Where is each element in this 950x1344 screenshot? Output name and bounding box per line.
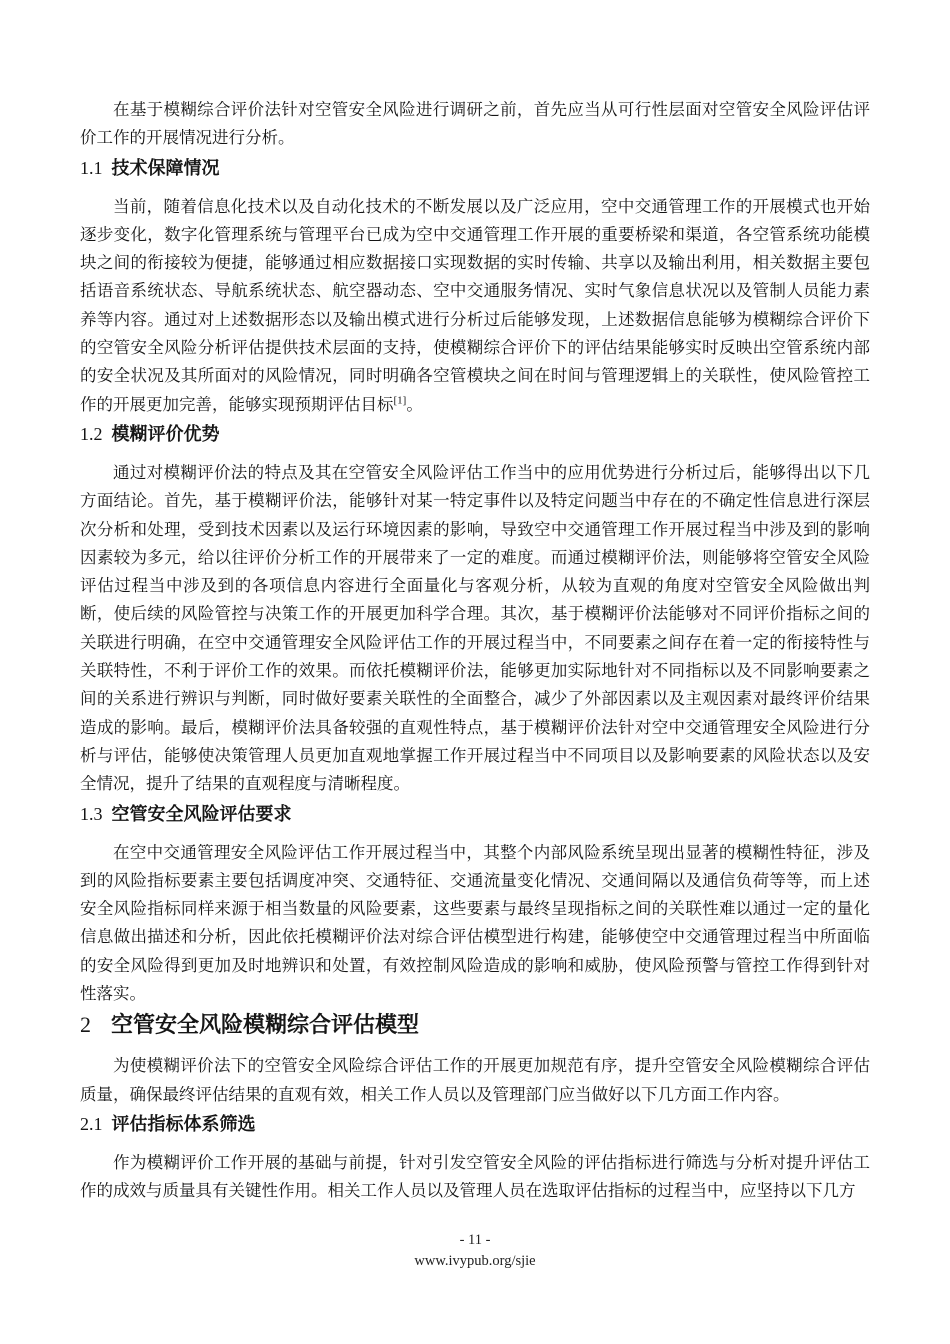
heading-1-3-title: 空管安全风险评估要求	[112, 804, 292, 824]
heading-2-1: 2.1评估指标体系筛选	[80, 1111, 870, 1137]
journal-url: www.ivypub.org/sjie	[0, 1251, 950, 1272]
page-number: - 11 -	[0, 1230, 950, 1251]
paragraph-1-3: 在空中交通管理安全风险评估工作开展过程当中，其整个内部风险系统呈现出显著的模糊性…	[80, 839, 870, 1009]
page-footer: - 11 - www.ivypub.org/sjie	[0, 1230, 950, 1272]
heading-2-1-title: 评估指标体系筛选	[112, 1114, 256, 1134]
heading-2-1-number: 2.1	[80, 1114, 103, 1134]
paper-page: 在基于模糊综合评价法针对空管安全风险进行调研之前，首先应当从可行性层面对空管安全…	[0, 0, 950, 1344]
intro-paragraph: 在基于模糊综合评价法针对空管安全风险进行调研之前，首先应当从可行性层面对空管安全…	[80, 96, 870, 153]
paragraph-1-1-text: 当前，随着信息化技术以及自动化技术的不断发展以及广泛应用，空中交通管理工作的开展…	[80, 197, 870, 414]
heading-1-1-title: 技术保障情况	[112, 158, 220, 178]
citation-reference-1: [1]	[394, 394, 407, 406]
paragraph-2-1: 作为模糊评价工作开展的基础与前提，针对引发空管安全风险的评估指标进行筛选与分析对…	[80, 1149, 870, 1206]
paragraph-2: 为使模糊评价法下的空管安全风险综合评估工作的开展更加规范有序，提升空管安全风险模…	[80, 1052, 870, 1109]
heading-1-3: 1.3空管安全风险评估要求	[80, 801, 870, 827]
paragraph-1-1: 当前，随着信息化技术以及自动化技术的不断发展以及广泛应用，空中交通管理工作的开展…	[80, 193, 870, 419]
paper-content: 在基于模糊综合评价法针对空管安全风险进行调研之前，首先应当从可行性层面对空管安全…	[80, 0, 870, 1206]
heading-2: 2空管安全风险模糊综合评估模型	[80, 1010, 870, 1040]
paragraph-1-2: 通过对模糊评价法的特点及其在空管安全风险评估工作当中的应用优势进行分析过后，能够…	[80, 459, 870, 799]
heading-1-2-title: 模糊评价优势	[112, 424, 220, 444]
heading-1-1: 1.1技术保障情况	[80, 155, 870, 181]
heading-2-number: 2	[80, 1012, 91, 1037]
paragraph-1-1-tail: 。	[406, 395, 423, 414]
heading-1-2-number: 1.2	[80, 424, 103, 444]
heading-1-1-number: 1.1	[80, 158, 103, 178]
heading-1-3-number: 1.3	[80, 804, 103, 824]
heading-1-2: 1.2模糊评价优势	[80, 421, 870, 447]
heading-2-title: 空管安全风险模糊综合评估模型	[111, 1012, 419, 1037]
